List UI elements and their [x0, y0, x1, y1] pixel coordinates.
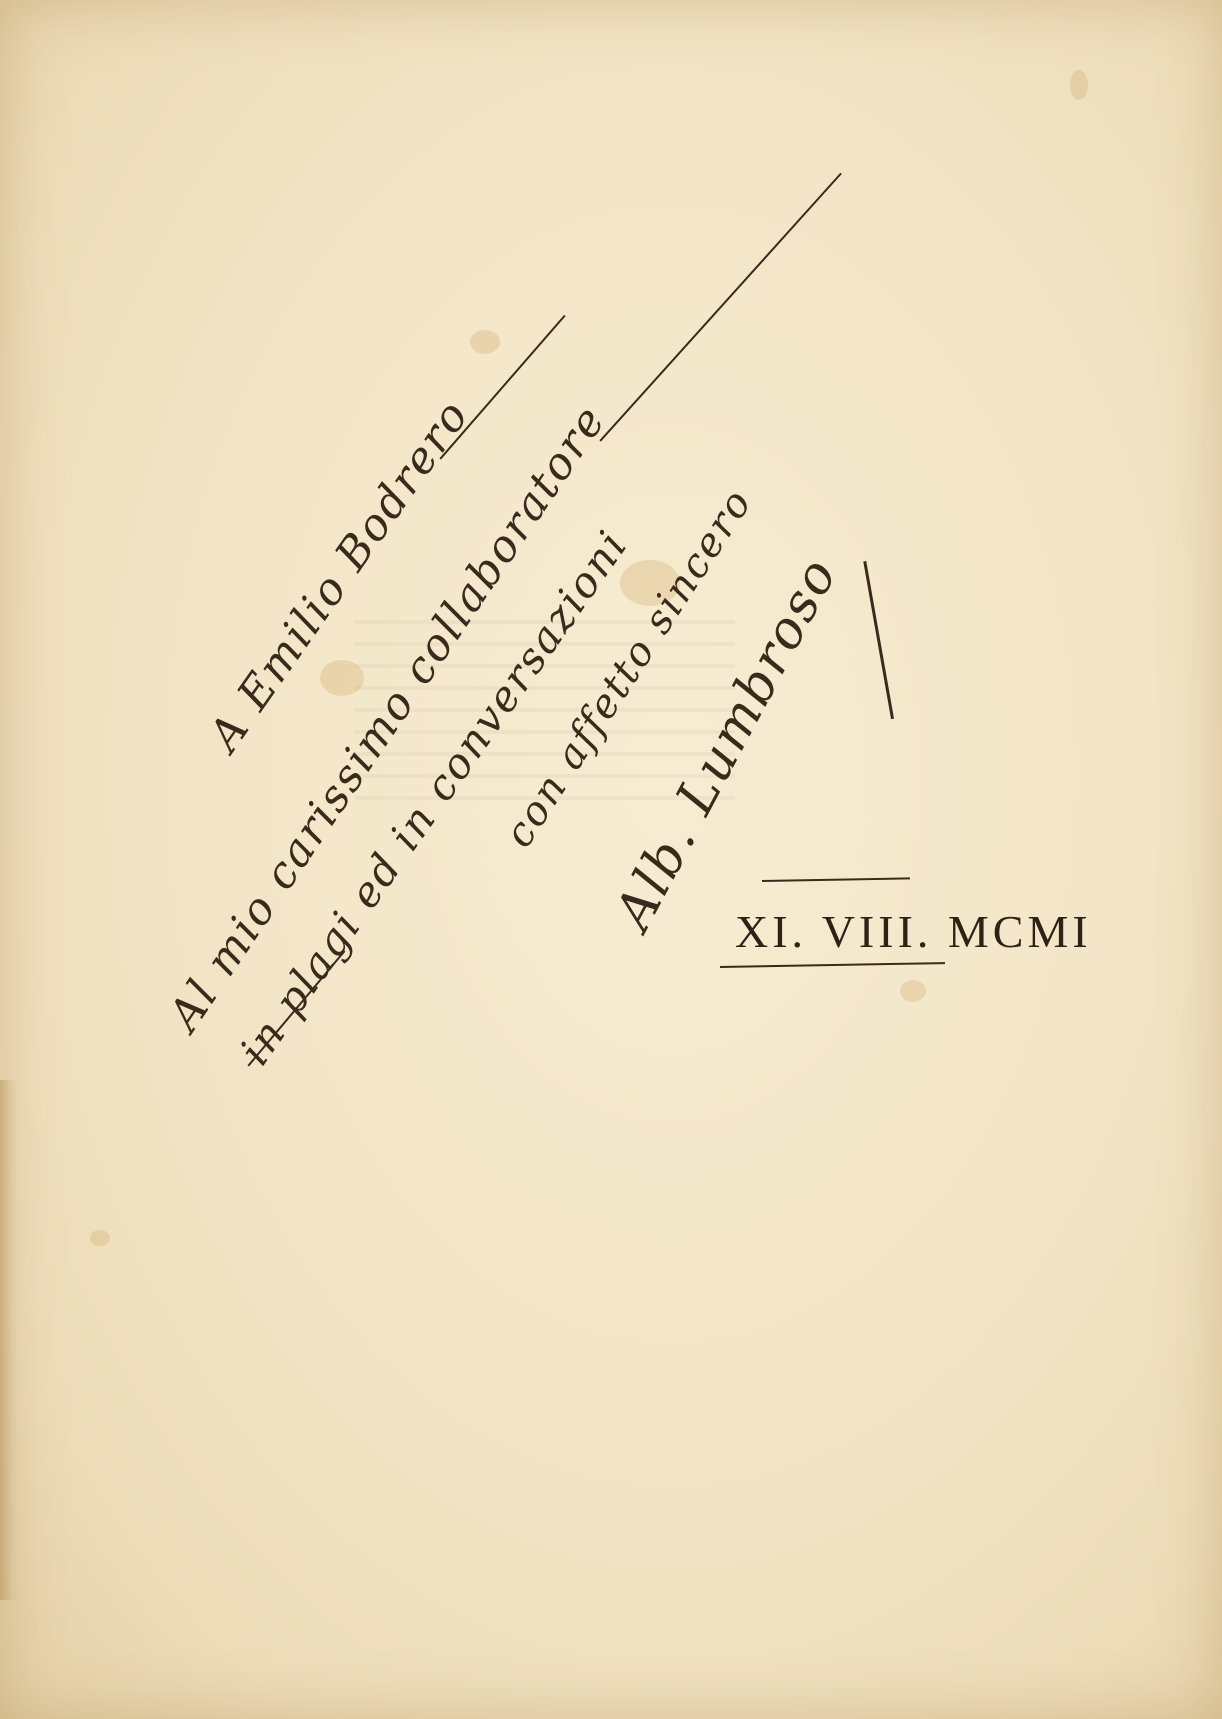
page-edge-shading: [0, 0, 1222, 1719]
date: XI. VIII. MCMI: [735, 905, 1092, 958]
document-page: A Emilio Bodrero Al mio carissimo collab…: [0, 0, 1222, 1719]
spine-stain: [0, 1080, 18, 1600]
signature-flourish: [864, 561, 894, 719]
foxing-spot: [1070, 70, 1088, 100]
date-underline: [720, 962, 945, 968]
foxing-spot: [470, 330, 500, 354]
foxing-spot: [90, 1230, 110, 1246]
flourish-stroke: [599, 173, 841, 442]
date-overline: [762, 877, 910, 882]
foxing-spot: [900, 980, 926, 1002]
